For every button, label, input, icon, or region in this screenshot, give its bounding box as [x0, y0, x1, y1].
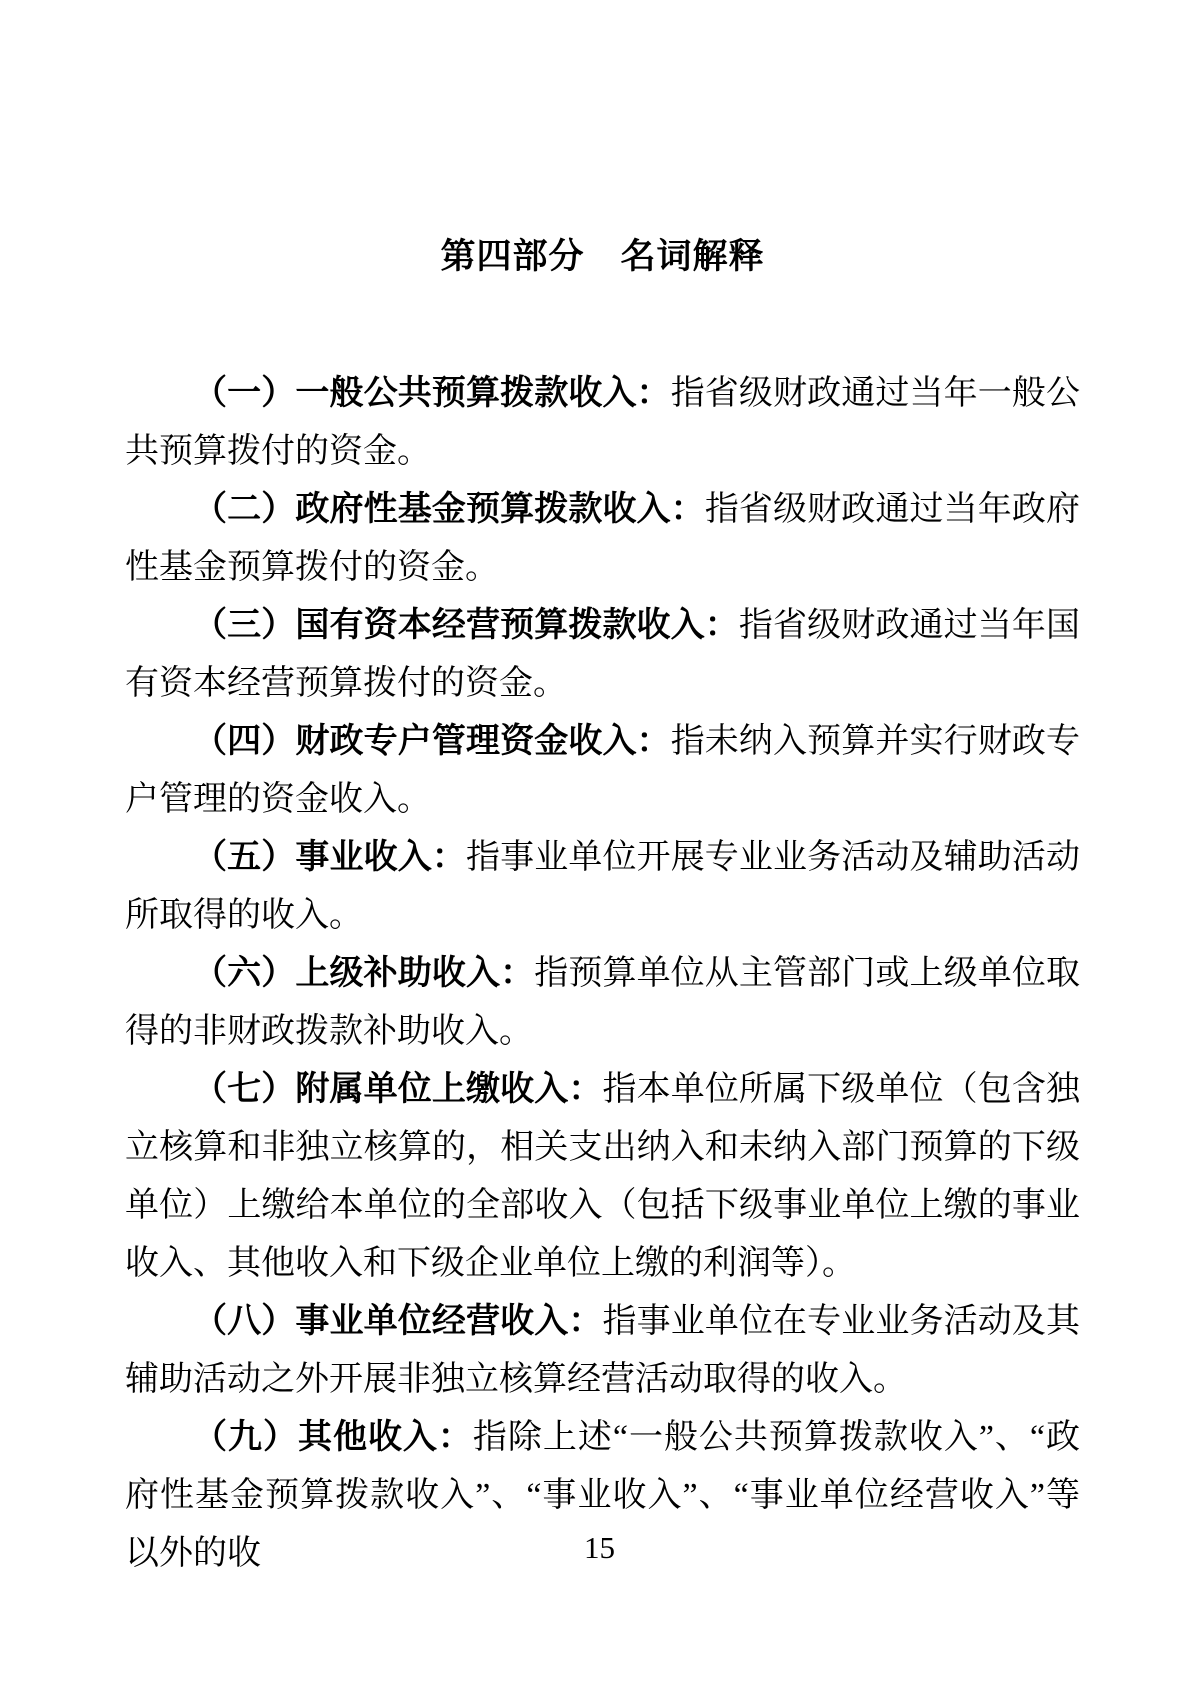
definition-paragraph-1: （一）一般公共预算拨款收入：指省级财政通过当年一般公共预算拨付的资金。 — [125, 365, 1080, 481]
definition-paragraph-3: （三）国有资本经营预算拨款收入：指省级财政通过当年国有资本经营预算拨付的资金。 — [125, 597, 1080, 713]
term-label: （五）事业收入： — [193, 839, 466, 876]
term-label: （九）其他收入： — [193, 1419, 473, 1456]
text-column: 第四部分 名词解释 （一）一般公共预算拨款收入：指省级财政通过当年一般公共预算拨… — [125, 0, 1080, 1583]
term-label: （二）政府性基金预算拨款收入： — [193, 491, 705, 528]
definition-paragraph-2: （二）政府性基金预算拨款收入：指省级财政通过当年政府性基金预算拨付的资金。 — [125, 481, 1080, 597]
term-label: （七）附属单位上缴收入： — [193, 1071, 602, 1108]
page-number: 15 — [0, 1528, 1199, 1568]
definitions-body: （一）一般公共预算拨款收入：指省级财政通过当年一般公共预算拨付的资金。 （二）政… — [125, 365, 1080, 1583]
term-label: （一）一般公共预算拨款收入： — [193, 375, 671, 412]
definition-paragraph-8: （八）事业单位经营收入：指事业单位在专业业务活动及其辅助活动之外开展非独立核算经… — [125, 1293, 1080, 1409]
term-label: （六）上级补助收入： — [193, 955, 534, 992]
definition-paragraph-7: （七）附属单位上缴收入：指本单位所属下级单位（包含独立核算和非独立核算的，相关支… — [125, 1061, 1080, 1293]
term-label: （四）财政专户管理资金收入： — [193, 723, 671, 760]
term-label: （三）国有资本经营预算拨款收入： — [193, 607, 739, 644]
page-title: 第四部分 名词解释 — [125, 233, 1080, 281]
definition-paragraph-6: （六）上级补助收入：指预算单位从主管部门或上级单位取得的非财政拨款补助收入。 — [125, 945, 1080, 1061]
definition-paragraph-4: （四）财政专户管理资金收入：指未纳入预算并实行财政专户管理的资金收入。 — [125, 713, 1080, 829]
definition-paragraph-5: （五）事业收入：指事业单位开展专业业务活动及辅助活动所取得的收入。 — [125, 829, 1080, 945]
term-label: （八）事业单位经营收入： — [193, 1303, 602, 1340]
document-page: 第四部分 名词解释 （一）一般公共预算拨款收入：指省级财政通过当年一般公共预算拨… — [0, 0, 1199, 1696]
